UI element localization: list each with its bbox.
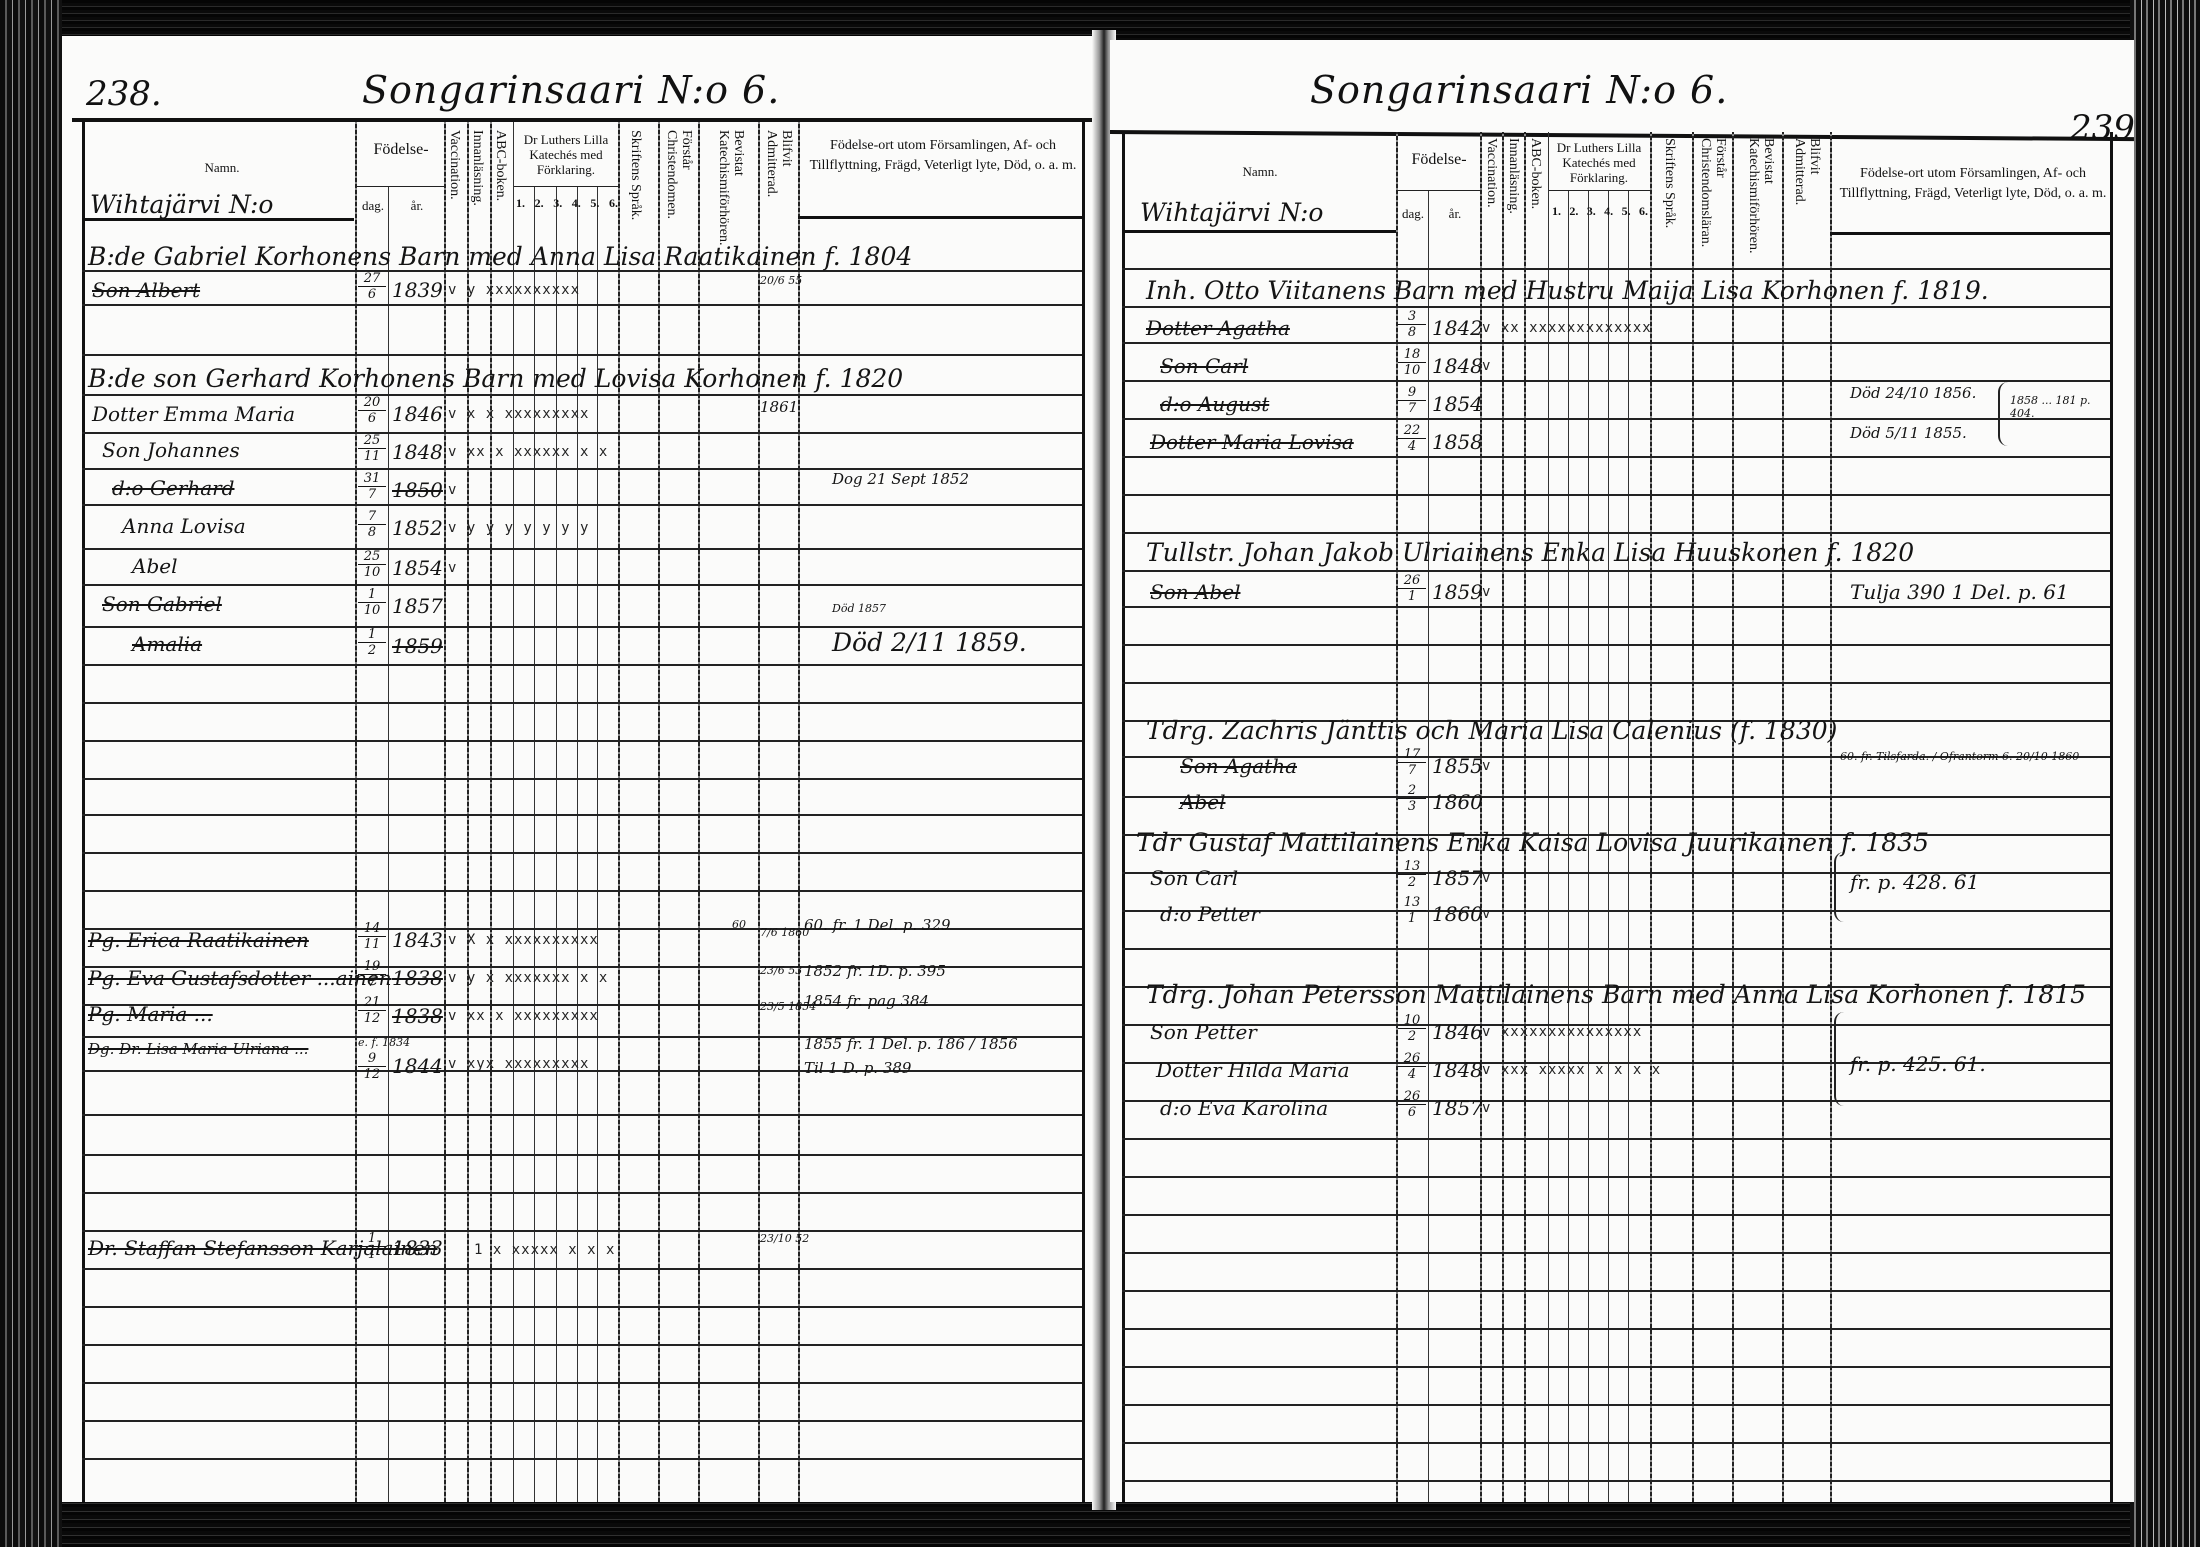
birth-day: 317 bbox=[358, 472, 386, 501]
row-rule bbox=[82, 852, 1082, 854]
column-divider bbox=[1122, 132, 1125, 1502]
person-name: d:o August bbox=[1160, 392, 1269, 416]
column-divider bbox=[618, 122, 620, 1502]
row-rule bbox=[1122, 456, 2110, 458]
birth-day: 38 bbox=[1398, 310, 1426, 339]
header-subrule bbox=[1549, 190, 1650, 191]
header-vaccination: Vaccination. bbox=[447, 130, 462, 220]
remarks-text: Död 1857 bbox=[832, 602, 886, 615]
birth-day: 177 bbox=[1398, 748, 1426, 777]
header-skriftens-sprak: Skriftens Språk. bbox=[628, 130, 643, 230]
row-rule bbox=[82, 584, 1082, 586]
birth-year: 1844 bbox=[392, 1054, 443, 1078]
birth-day: 2112 bbox=[358, 996, 386, 1025]
column-divider bbox=[1524, 132, 1526, 1502]
exam-marks: v bbox=[448, 482, 457, 498]
birth-year: 1848 bbox=[1432, 1058, 1483, 1082]
birth-year: 1843 bbox=[392, 928, 443, 952]
row-rule bbox=[1122, 268, 2110, 270]
bracket-mark bbox=[1834, 852, 1846, 922]
exam-marks: v bbox=[1482, 584, 1491, 600]
left-page: 238. Songarinsaari N:o 6. Namn. Födelse-… bbox=[62, 36, 1102, 1502]
column-divider bbox=[467, 122, 469, 1502]
household-entry: B:de son Gerhard Korhonens Barn med Lovi… bbox=[88, 364, 903, 393]
row-rule bbox=[82, 1004, 1082, 1006]
column-divider bbox=[1548, 132, 1549, 1502]
row-rule bbox=[1122, 644, 2110, 646]
header-birth: Födelse- bbox=[1398, 150, 1480, 169]
exam-marks: v xx x xxxxxx x x bbox=[448, 444, 608, 460]
birth-day: 266 bbox=[1398, 1090, 1426, 1119]
header-subrule bbox=[1397, 190, 1480, 191]
header-name: Namn. bbox=[192, 160, 252, 175]
birth-day: 2511 bbox=[358, 434, 386, 463]
catechism-part: 3. bbox=[1587, 204, 1596, 219]
birth-day: 11 bbox=[358, 1232, 386, 1261]
header-innanlasning: Innanläsning. bbox=[470, 130, 485, 220]
admitted-date: 7/6 1860 bbox=[760, 926, 809, 939]
birth-year: 1859 bbox=[392, 634, 443, 658]
birth-day: 132 bbox=[1398, 860, 1426, 889]
person-name: Son Petter bbox=[1150, 1020, 1257, 1044]
birth-year: 1842 bbox=[1432, 316, 1483, 340]
household-entry: Inh. Otto Viitanens Barn med Hustru Maij… bbox=[1146, 276, 1989, 305]
header-bevistat: Bevistat Katechismiförhören. bbox=[1740, 138, 1776, 238]
birth-year: 1848 bbox=[1432, 354, 1483, 378]
row-rule bbox=[82, 1154, 1082, 1156]
row-rule bbox=[1122, 494, 2110, 496]
header-admitterad: Blifvit Admitterad. bbox=[1794, 138, 1822, 238]
row-rule bbox=[82, 890, 1082, 892]
birth-year: 1857 bbox=[1432, 1096, 1483, 1120]
catechism-part: 2. bbox=[1569, 204, 1578, 219]
header-birth-year: år. bbox=[1432, 206, 1478, 221]
remarks-text: 1852 fr. 1D. p. 395 bbox=[804, 962, 946, 980]
birth-year: 1846 bbox=[1432, 1020, 1483, 1044]
catechism-part: 4. bbox=[572, 196, 581, 211]
birth-year: 1846 bbox=[392, 402, 443, 426]
header-birth-year: år. bbox=[392, 198, 442, 213]
exam-marks: v bbox=[1482, 758, 1491, 774]
birth-year: 1854 bbox=[392, 556, 443, 580]
remarks-text: Dog 21 Sept 1852 bbox=[832, 470, 969, 488]
birth-year: 1854 bbox=[1432, 392, 1483, 416]
catechism-part: 6. bbox=[609, 196, 618, 211]
row-rule bbox=[1122, 1480, 2110, 1482]
row-rule bbox=[1122, 306, 2110, 308]
remarks-text: Död 24/10 1856. bbox=[1850, 384, 1976, 402]
header-skriftens-sprak: Skriftens Språk. bbox=[1662, 138, 1677, 238]
person-name: Pg. Erica Raatikainen bbox=[88, 928, 309, 952]
header-admitterad: Blifvit Admitterad. bbox=[766, 130, 794, 230]
row-rule bbox=[1122, 606, 2110, 608]
column-divider bbox=[1650, 132, 1652, 1502]
row-rule bbox=[82, 778, 1082, 780]
column-divider bbox=[82, 122, 85, 1502]
village-rule bbox=[84, 218, 354, 221]
person-name: Pg. Eva Gustafsdotter ...ainen bbox=[88, 966, 392, 990]
remarks-text: 1854 fr. pag 384 bbox=[804, 992, 929, 1010]
header-name: Namn. bbox=[1230, 164, 1290, 179]
row-rule bbox=[1122, 1404, 2110, 1406]
page-number: 238. bbox=[86, 74, 162, 114]
birth-year: 1857 bbox=[392, 594, 443, 618]
person-name: Son Carl bbox=[1160, 354, 1248, 378]
birth-year: 1848 bbox=[392, 440, 443, 464]
person-name: Amalia bbox=[132, 632, 202, 656]
row-rule bbox=[1122, 796, 2110, 798]
row-rule bbox=[82, 1268, 1082, 1270]
row-rule bbox=[82, 1114, 1082, 1116]
catechism-part: 4. bbox=[1604, 204, 1613, 219]
person-name: Anna Lovisa bbox=[122, 514, 246, 538]
header-subrule bbox=[514, 186, 618, 187]
column-divider bbox=[658, 122, 660, 1502]
birth-day: 264 bbox=[1398, 1052, 1426, 1081]
row-rule bbox=[1122, 682, 2110, 684]
birth-year: 1852 bbox=[392, 516, 443, 540]
page-title: Songarinsaari N:o 6. bbox=[362, 68, 780, 112]
birth-day: 276 bbox=[358, 272, 386, 301]
birth-day: 197 bbox=[358, 960, 386, 989]
header-remarks: Födelse-ort utom Församlingen, Af- och T… bbox=[808, 136, 1078, 176]
exam-marks: 1 x xxxxx x x x bbox=[474, 1242, 615, 1258]
household-entry: Tdr Gustaf Mattilainens Enka Kaisa Lovis… bbox=[1136, 828, 1929, 857]
exam-marks: v x x xxxxxxxxx bbox=[448, 406, 589, 422]
remarks-header-rule bbox=[798, 216, 1082, 219]
column-divider bbox=[1830, 132, 1832, 1502]
header-catechism: Dr Luthers Lilla Katechés med Förklaring… bbox=[1550, 140, 1648, 185]
page-number: 239 bbox=[2070, 108, 2134, 148]
row-rule bbox=[1122, 1290, 2110, 1292]
person-name: Dg. Dr. Lisa Maria Ulriana ... bbox=[88, 1040, 308, 1058]
birth-year: 1838 bbox=[392, 966, 443, 990]
row-rule bbox=[82, 432, 1082, 434]
catechism-part: 5. bbox=[590, 196, 599, 211]
row-rule bbox=[82, 394, 1082, 396]
birth-year: 1839 bbox=[392, 278, 443, 302]
admitted-date: 23/6 53 bbox=[760, 964, 802, 977]
column-divider bbox=[1732, 132, 1734, 1502]
birth-day: 1411 bbox=[358, 922, 386, 951]
page-title: Songarinsaari N:o 6. bbox=[1310, 68, 1728, 112]
birth-day: 131 bbox=[1398, 896, 1426, 925]
remarks-text: 1855 fr. 1 Del. p. 186 / 1856 Til 1 D. p… bbox=[804, 1032, 1024, 1080]
header-birth-day: dag. bbox=[1398, 206, 1428, 221]
row-rule bbox=[82, 1458, 1082, 1460]
exam-marks: v xx x xxxxxxxxx bbox=[448, 1008, 599, 1024]
person-name: Son Abel bbox=[1150, 580, 1240, 604]
birth-day: 261 bbox=[1398, 574, 1426, 603]
scan-border-right bbox=[2130, 0, 2200, 1547]
village-name: Wihtajärvi N:o bbox=[90, 190, 273, 219]
catechism-part: 1. bbox=[1552, 204, 1561, 219]
remarks-text: Död 5/11 1855. bbox=[1850, 424, 1967, 442]
column-divider bbox=[1692, 132, 1694, 1502]
row-rule bbox=[1122, 380, 2110, 382]
row-rule bbox=[1122, 1176, 2110, 1178]
column-divider bbox=[798, 122, 800, 1502]
header-catechism: Dr Luthers Lilla Katechés med Förklaring… bbox=[516, 132, 616, 177]
person-name: Abel bbox=[1180, 790, 1225, 814]
exam-marks: v xyx xxxxxxxxx bbox=[448, 1056, 589, 1072]
header-abc-boken: ABC-boken. bbox=[1528, 138, 1543, 228]
catechism-part: 2. bbox=[535, 196, 544, 211]
birth-note: e. f. 1834 bbox=[358, 1036, 410, 1049]
birth-year: 1855 bbox=[1432, 754, 1483, 778]
remarks-text: fr. p. 425. 61. bbox=[1850, 1052, 1986, 1076]
household-entry: B:de Gabriel Korhonens Barn med Anna Lis… bbox=[88, 242, 912, 271]
birth-day: 102 bbox=[1398, 1014, 1426, 1043]
column-divider bbox=[698, 122, 700, 1502]
exam-marks: v y x xxxxxxx x x bbox=[448, 970, 608, 986]
header-birth-day: dag. bbox=[358, 198, 388, 213]
birth-day: 78 bbox=[358, 510, 386, 539]
person-name: d:o Gerhard bbox=[112, 476, 234, 500]
exam-marks: v bbox=[1482, 358, 1491, 374]
header-remarks: Födelse-ort utom Församlingen, Af- och T… bbox=[1838, 164, 2108, 204]
row-rule bbox=[82, 814, 1082, 816]
village-name: Wihtajärvi N:o bbox=[1140, 198, 1323, 227]
birth-day: 1810 bbox=[1398, 348, 1426, 377]
row-rule bbox=[82, 548, 1082, 550]
remarks-header-rule bbox=[1830, 232, 2110, 235]
row-rule bbox=[1122, 1214, 2110, 1216]
column-divider bbox=[758, 122, 760, 1502]
birth-year: 1838 bbox=[392, 1004, 443, 1028]
remarks-text: Tulja 390 1 Del. p. 61 bbox=[1850, 580, 2069, 604]
birth-year: 1858 bbox=[1432, 430, 1483, 454]
catechism-part: 5. bbox=[1622, 204, 1631, 219]
row-rule bbox=[1122, 1252, 2110, 1254]
person-name: Dotter Hilda Maria bbox=[1156, 1058, 1350, 1082]
remarks-text: 1858 ... 181 p. 404. bbox=[2010, 394, 2100, 420]
column-divider bbox=[1502, 132, 1504, 1502]
row-rule bbox=[82, 1420, 1082, 1422]
catechism-part: 3. bbox=[553, 196, 562, 211]
birth-day: 23 bbox=[1398, 784, 1426, 813]
row-rule bbox=[82, 664, 1082, 666]
person-name: Son Gabriel bbox=[102, 592, 222, 616]
remarks-text: Död 2/11 1859. bbox=[832, 628, 1027, 657]
row-rule bbox=[82, 304, 1082, 306]
birth-year: 1860 bbox=[1432, 902, 1483, 926]
remarks-text: fr. p. 428. 61 bbox=[1850, 870, 1979, 894]
header-subrule bbox=[356, 186, 444, 187]
person-name: Son Albert bbox=[92, 278, 200, 302]
row-rule bbox=[1122, 532, 2110, 534]
person-name: d:o Eva Karolina bbox=[1160, 1096, 1328, 1120]
catechism-part: 6. bbox=[1639, 204, 1648, 219]
person-name: Son Johannes bbox=[102, 438, 240, 462]
header-forstar-christendomslaran: Förstår Christendomsläran. bbox=[1698, 138, 1728, 238]
column-divider bbox=[355, 122, 357, 1502]
remarks-text: 60. fr. Tilsfarda. / Ofrantorm 6. 20/10 … bbox=[1840, 748, 2110, 766]
catechism-parts-row: 1. 2. 3. 4. 5. 6. bbox=[516, 196, 618, 211]
row-rule bbox=[1122, 910, 2110, 912]
exam-marks: v xx xxxxxxxxxxxxx bbox=[1482, 320, 1652, 336]
row-rule bbox=[82, 1230, 1082, 1232]
household-entry: Tullstr. Johan Jakob Ulriainens Enka Lis… bbox=[1146, 538, 1914, 567]
exam-marks: v xxxxxxxxxxxxxxx bbox=[1482, 1024, 1642, 1040]
household-entry: Tdrg. Zachris Jänttis och Maria Lisa Cal… bbox=[1146, 716, 1837, 745]
row-rule bbox=[82, 504, 1082, 506]
row-rule bbox=[1122, 948, 2110, 950]
birth-day: 2510 bbox=[358, 550, 386, 579]
birth-year: 1857 bbox=[1432, 866, 1483, 890]
row-rule bbox=[1122, 1442, 2110, 1444]
exam-marks: v X x xxxxxxxxxx bbox=[448, 932, 599, 948]
person-name: Abel bbox=[132, 554, 177, 578]
person-name: d:o Petter bbox=[1160, 902, 1260, 926]
column-divider bbox=[2110, 132, 2113, 1502]
header-birth: Födelse- bbox=[358, 140, 444, 159]
column-note: 60 bbox=[732, 918, 746, 931]
row-rule bbox=[82, 1192, 1082, 1194]
birth-year: 1850 bbox=[392, 478, 443, 502]
village-rule bbox=[1124, 230, 1396, 233]
row-rule bbox=[82, 702, 1082, 704]
birth-day: 206 bbox=[358, 396, 386, 425]
column-divider bbox=[490, 122, 492, 1502]
birth-day: 224 bbox=[1398, 424, 1426, 453]
person-name: Dotter Emma Maria bbox=[92, 402, 295, 426]
row-rule bbox=[82, 1344, 1082, 1346]
person-name: Son Carl bbox=[1150, 866, 1238, 890]
header-forstar-christendomen: Förstår Christendomen. bbox=[666, 130, 694, 230]
header-vaccination: Vaccination. bbox=[1484, 138, 1499, 228]
catechism-part: 1. bbox=[516, 196, 525, 211]
birth-day: 12 bbox=[358, 628, 386, 657]
row-rule bbox=[1122, 342, 2110, 344]
exam-marks: v bbox=[448, 560, 457, 576]
exam-marks: v bbox=[1482, 1100, 1491, 1116]
row-rule bbox=[1122, 1138, 2110, 1140]
header-abc-boken: ABC-boken. bbox=[493, 130, 508, 220]
admitted-date: 1861 bbox=[760, 398, 798, 416]
birth-day: 97 bbox=[1398, 386, 1426, 415]
birth-year: 1859 bbox=[1432, 580, 1483, 604]
row-rule bbox=[1122, 1328, 2110, 1330]
person-name: Son Agatha bbox=[1180, 754, 1297, 778]
header-top-rule bbox=[72, 118, 1102, 122]
admitted-date: 20/6 55 bbox=[760, 274, 802, 287]
exam-marks: v xxx xxxxx x x x x bbox=[1482, 1062, 1661, 1078]
row-rule bbox=[82, 1382, 1082, 1384]
row-rule bbox=[82, 740, 1082, 742]
birth-day: 912 bbox=[358, 1052, 386, 1081]
household-entry: Tdrg. Johan Petersson Mattilainens Barn … bbox=[1146, 980, 2086, 1009]
right-page: Songarinsaari N:o 6. 239 Namn. Födelse- … bbox=[1110, 40, 2134, 1502]
column-divider bbox=[1782, 132, 1784, 1502]
row-rule bbox=[82, 1306, 1082, 1308]
bracket-mark bbox=[1998, 382, 2010, 446]
exam-marks: v bbox=[1482, 870, 1491, 886]
row-rule bbox=[1122, 1366, 2110, 1368]
row-rule bbox=[1122, 418, 2110, 420]
scan-border-left bbox=[0, 0, 62, 1547]
row-rule bbox=[82, 354, 1082, 356]
admitted-date: 23/10 52 bbox=[760, 1232, 809, 1245]
birth-day: 110 bbox=[358, 588, 386, 617]
remarks-text: 60. fr. 1 Del. p. 329 bbox=[804, 916, 951, 934]
bracket-mark bbox=[1834, 1012, 1846, 1106]
exam-marks: v bbox=[1482, 906, 1491, 922]
column-divider bbox=[513, 122, 514, 1502]
exam-marks: v y xxxxxxxxxx bbox=[448, 282, 580, 298]
column-divider bbox=[444, 122, 446, 1502]
person-name: Dotter Maria Lovisa bbox=[1150, 430, 1354, 454]
header-innanlasning: Innanläsning. bbox=[1506, 138, 1521, 228]
birth-year: 1860 bbox=[1432, 790, 1483, 814]
birth-year: 1833 bbox=[392, 1236, 443, 1260]
exam-marks: v y y y y y y y bbox=[448, 520, 589, 536]
header-bevistat: Bevistat Katechismiförhören. bbox=[712, 130, 746, 230]
person-name: Pg. Maria ... bbox=[88, 1002, 213, 1026]
person-name: Dotter Agatha bbox=[1146, 316, 1290, 340]
row-rule bbox=[1122, 570, 2110, 572]
catechism-parts-row: 1. 2. 3. 4. 5. 6. bbox=[1552, 204, 1648, 219]
column-divider bbox=[1082, 122, 1085, 1502]
